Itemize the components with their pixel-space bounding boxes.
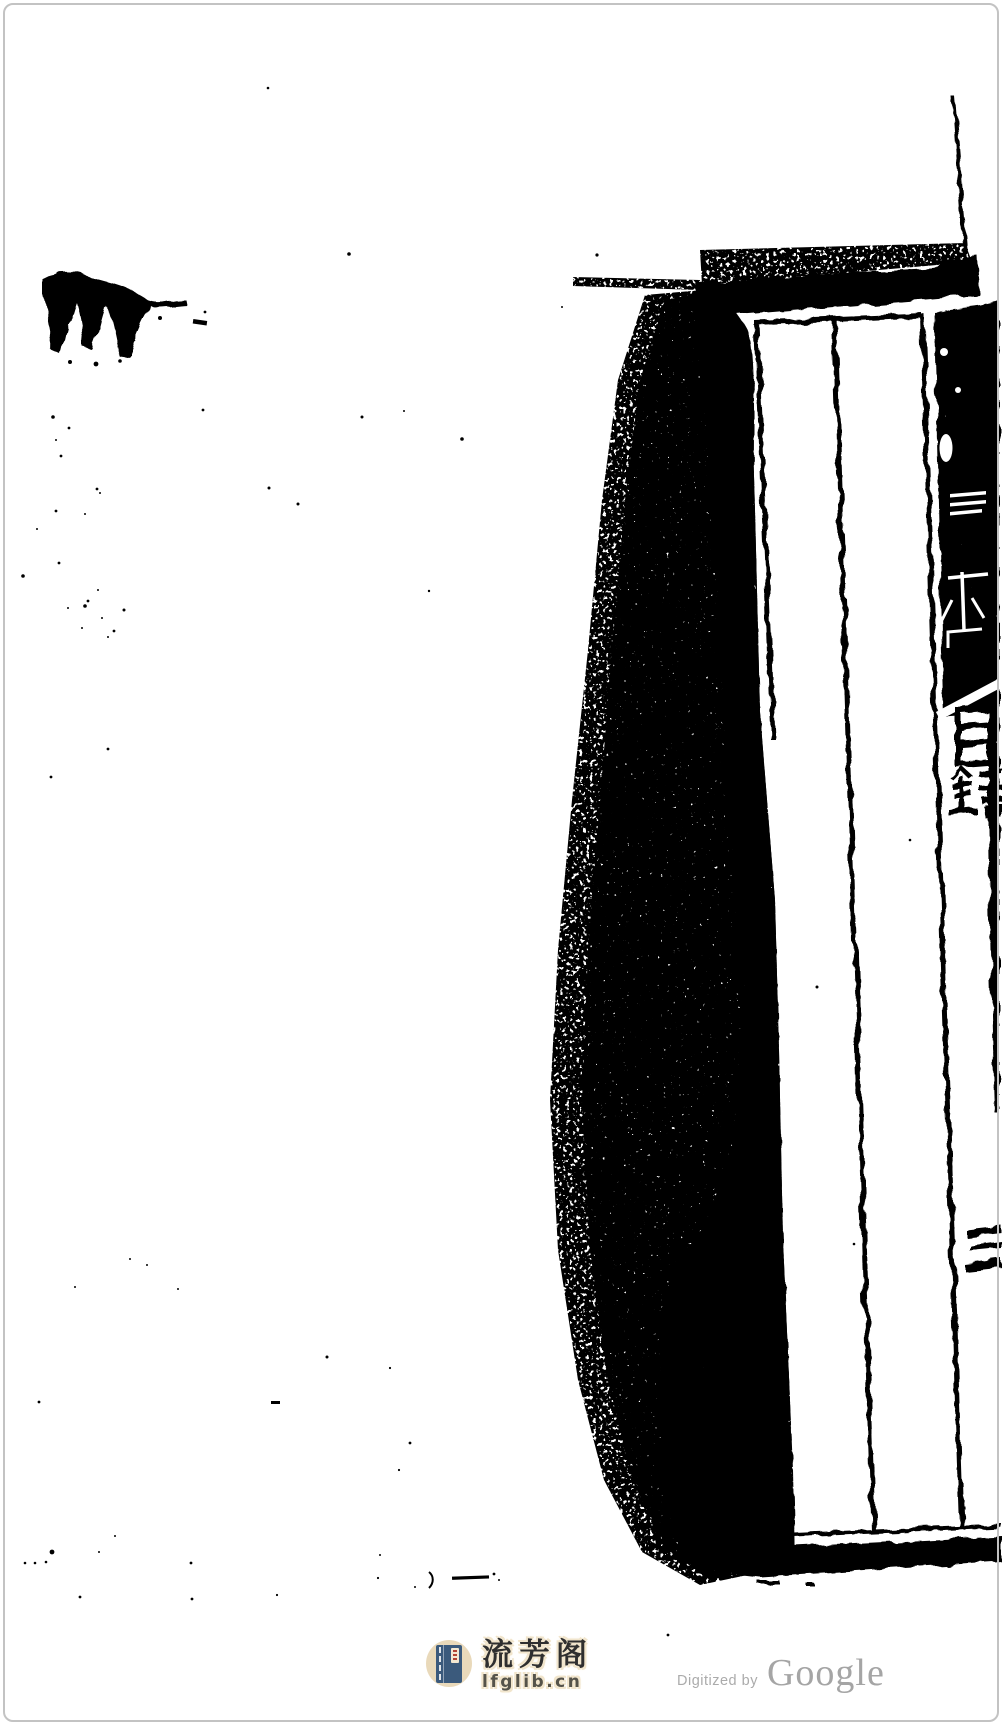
scan-ink-artifacts [0,0,1002,1725]
column-line-middle [832,318,876,1531]
digitized-by-line: Digitized by Google [677,1654,885,1692]
book-stitch-line [439,1647,441,1680]
watermark-site-name: 流芳阁 [482,1640,593,1671]
book-title-label [451,1648,459,1663]
frame-top-inner-line [754,313,922,325]
lfglib-badge [426,1640,472,1687]
lfglib-watermark: 流芳阁 lfglib.cn [426,1640,593,1692]
page-number-glyph [964,1226,1002,1271]
toc-glyph-mu [955,704,993,767]
page-edge-line [952,97,968,252]
book-spine-line [443,1645,444,1683]
scanned-page: 目錄 三 流芳阁 lfglib.cn Digitized by Google [0,0,1002,1725]
frame-bottom-inner-line [794,1524,1002,1537]
watermark-site-url: lfglib.cn [482,1672,593,1692]
book-icon [436,1645,462,1683]
ink-blot-top-left [42,273,207,367]
title-column-ink [934,304,1002,717]
digitized-by-label: Digitized by [677,1673,758,1689]
google-logo: Google [767,1654,885,1692]
watermark-text: 流芳阁 lfglib.cn [482,1640,593,1692]
